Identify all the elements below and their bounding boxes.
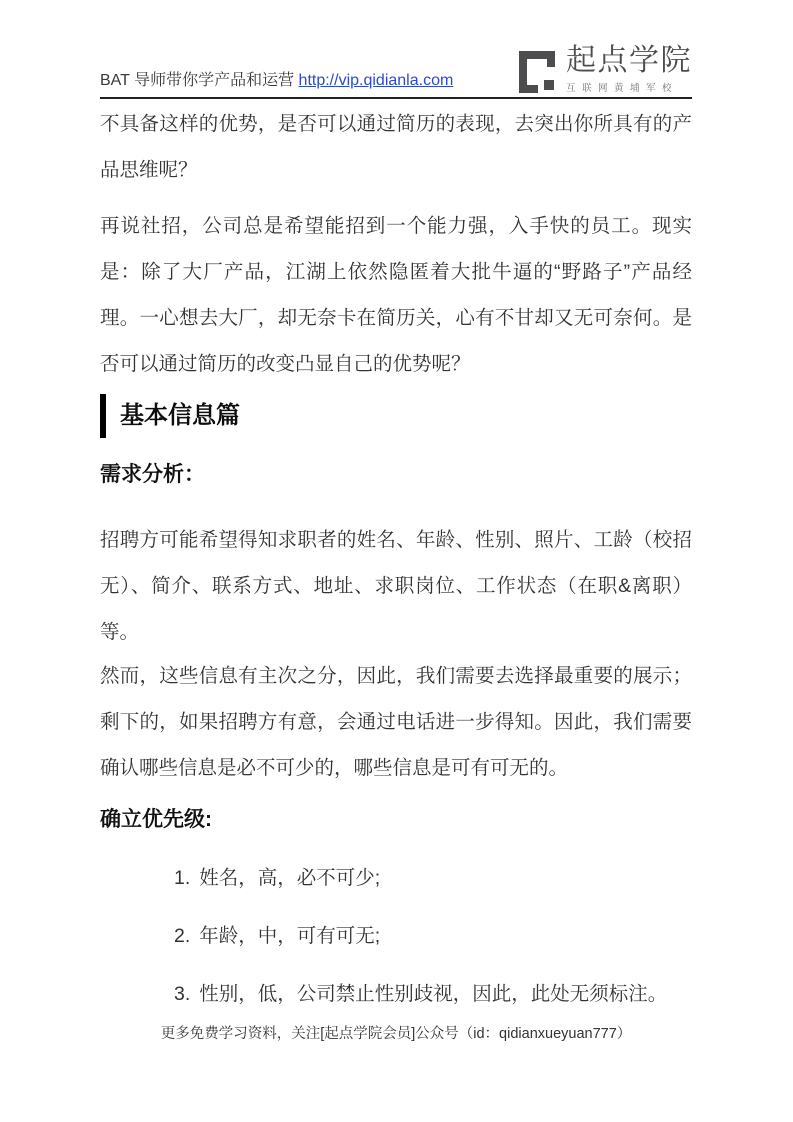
- page-header: BAT 导师带你学产品和运营 http://vip.qidianla.com 起…: [100, 0, 692, 99]
- paragraph-priority-explanation: 然而，这些信息有主次之分，因此，我们需要去选择最重要的展示；剩下的，如果招聘方有…: [100, 653, 692, 791]
- list-item-name: 1.姓名，高，必不可少;: [174, 866, 692, 890]
- list-item-text: 年龄，中，可有可无;: [199, 925, 380, 947]
- paragraph-intro: 不具备这样的优势，是否可以通过简历的表现，去突出你所具有的产品思维呢？: [100, 101, 692, 193]
- paragraph-recruiter-fields: 招聘方可能希望得知求职者的姓名、年龄、性别、照片、工龄（校招无）、简介、联系方式…: [100, 517, 692, 655]
- header-tagline-row: BAT 导师带你学产品和运营 http://vip.qidianla.com: [100, 67, 453, 97]
- footer-note: 更多免费学习资料，关注[起点学院会员]公众号（id：qidianxueyuan7…: [100, 1022, 692, 1043]
- logo-subtitle: 互联网黄埔军校: [566, 80, 692, 94]
- list-item-age: 2.年龄，中，可有可无;: [174, 924, 692, 948]
- header-link[interactable]: http://vip.qidianla.com: [299, 72, 454, 89]
- subheading-set-priority: 确立优先级:: [100, 806, 692, 834]
- subheading-demand-analysis: 需求分析：: [100, 461, 692, 489]
- list-item-text: 姓名，高，必不可少;: [199, 867, 380, 889]
- logo: 起点学院 互联网黄埔军校: [518, 45, 692, 97]
- logo-name: 起点学院: [566, 45, 692, 77]
- list-number: 3.: [174, 983, 190, 1005]
- section-title-basic-info: 基本信息篇: [100, 394, 692, 438]
- document-page: BAT 导师带你学产品和运营 http://vip.qidianla.com 起…: [0, 0, 793, 1122]
- list-item-gender: 3.性别，低，公司禁止性别歧视，因此，此处无须标注。: [174, 982, 692, 1006]
- logo-q-mark-icon: [518, 50, 556, 94]
- list-number: 2.: [174, 925, 190, 947]
- list-number: 1.: [174, 867, 190, 889]
- priority-list: 1.姓名，高，必不可少; 2.年龄，中，可有可无; 3.性别，低，公司禁止性别歧…: [100, 866, 692, 1040]
- paragraph-social-recruiting: 再说社招，公司总是希望能招到一个能力强，入手快的员工。现实是：除了大厂产品，江湖…: [100, 203, 692, 387]
- list-item-text: 性别，低，公司禁止性别歧视，因此，此处无须标注。: [199, 983, 667, 1005]
- header-tagline: BAT 导师带你学产品和运营: [100, 72, 294, 89]
- logo-text: 起点学院 互联网黄埔军校: [566, 45, 692, 94]
